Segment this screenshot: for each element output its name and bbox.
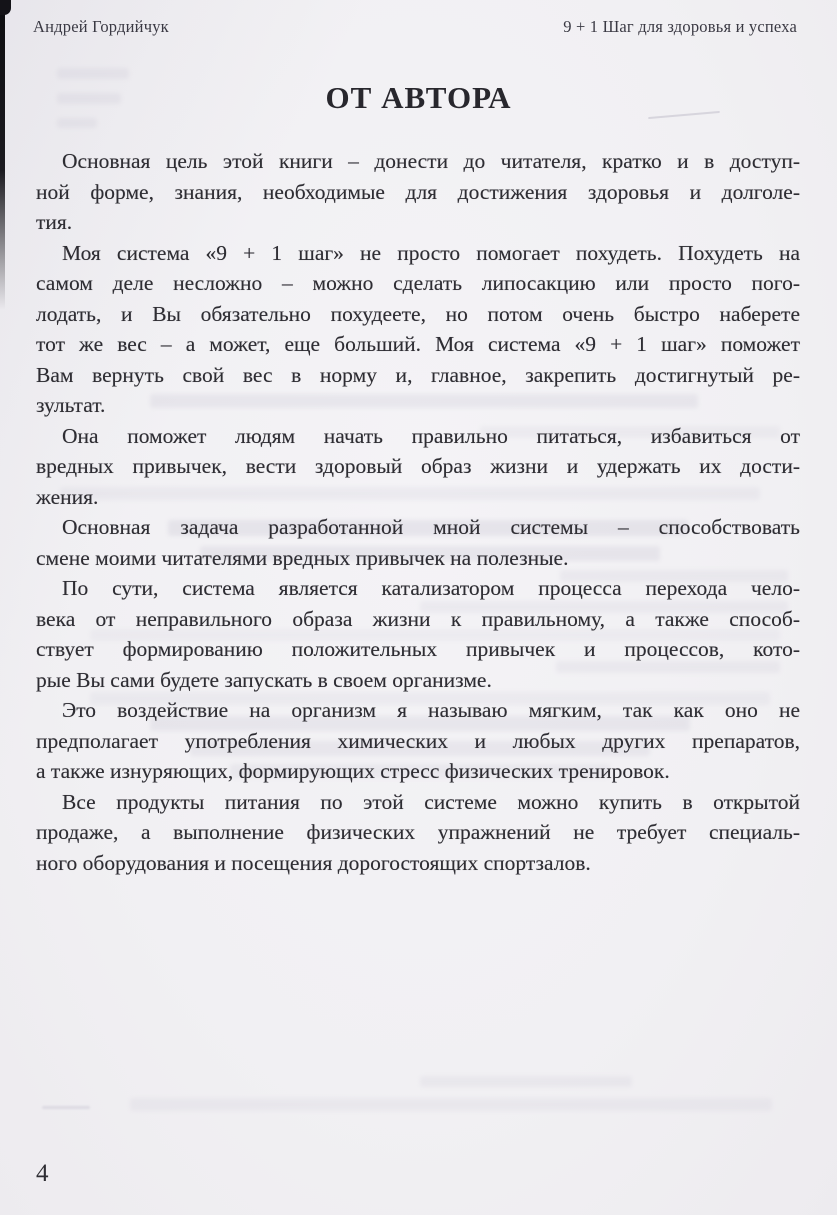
paragraph: Она поможет людям начать правильно питат… bbox=[36, 421, 800, 513]
ghost-showthrough bbox=[57, 68, 129, 79]
scan-edge-artifact bbox=[0, 0, 5, 310]
ghost-showthrough bbox=[420, 1076, 632, 1087]
paragraph: Основная цель этой книги – донести до чи… bbox=[36, 146, 800, 238]
running-header: Андрей Гордийчук 9 + 1 Шаг для здоровья … bbox=[33, 17, 797, 37]
body-text: Основная цель этой книги – донести до чи… bbox=[36, 146, 800, 878]
text-line: рые Вы сами будете запускать в своем орг… bbox=[36, 665, 800, 696]
text-line: Она поможет людям начать правильно питат… bbox=[36, 421, 800, 452]
text-line: Моя система «9 + 1 шаг» не просто помога… bbox=[36, 238, 800, 269]
ghost-showthrough bbox=[42, 1106, 90, 1109]
text-line: тот же вес – а может, еще больший. Моя с… bbox=[36, 329, 800, 360]
text-line: тия. bbox=[36, 207, 800, 238]
text-line: Основная цель этой книги – донести до чи… bbox=[36, 146, 800, 177]
text-line: зультат. bbox=[36, 390, 800, 421]
text-line: самом деле несложно – можно сделать липо… bbox=[36, 268, 800, 299]
chapter-title: ОТ АВТОРА bbox=[0, 80, 837, 116]
text-line: По сути, система является катализатором … bbox=[36, 573, 800, 604]
paragraph: По сути, система является катализатором … bbox=[36, 573, 800, 695]
text-line: смене моими читателями вредных привычек … bbox=[36, 543, 800, 574]
paragraph: Моя система «9 + 1 шаг» не просто помога… bbox=[36, 238, 800, 421]
ghost-showthrough bbox=[57, 118, 97, 128]
text-line: предполагает употребления химических и л… bbox=[36, 726, 800, 757]
text-line: ствует формированию положительных привыч… bbox=[36, 634, 800, 665]
running-header-author: Андрей Гордийчук bbox=[33, 17, 169, 37]
paragraph: Это воздействие на организм я называю мя… bbox=[36, 695, 800, 787]
text-line: Это воздействие на организм я называю мя… bbox=[36, 695, 800, 726]
text-line: вредных привычек, вести здоровый образ ж… bbox=[36, 451, 800, 482]
text-line: Вам вернуть свой вес в норму и, главное,… bbox=[36, 360, 800, 391]
book-page: Андрей Гордийчук 9 + 1 Шаг для здоровья … bbox=[0, 0, 837, 1215]
text-line: жения. bbox=[36, 482, 800, 513]
running-header-book-title: 9 + 1 Шаг для здоровья и успеха bbox=[563, 17, 797, 37]
paragraph: Основная задача разработанной мной систе… bbox=[36, 512, 800, 573]
paragraph: Все продукты питания по этой системе мож… bbox=[36, 787, 800, 879]
text-line: Основная задача разработанной мной систе… bbox=[36, 512, 800, 543]
page-number: 4 bbox=[36, 1160, 49, 1188]
ghost-showthrough bbox=[130, 1098, 772, 1111]
text-line: ной форме, знания, необходимые для дости… bbox=[36, 177, 800, 208]
text-line: продаже, а выполнение физических упражне… bbox=[36, 817, 800, 848]
text-line: а также изнуряющих, формирующих стресс ф… bbox=[36, 756, 800, 787]
scan-corner-artifact bbox=[0, 0, 11, 15]
text-line: ного оборудования и посещения дорогостоя… bbox=[36, 848, 800, 879]
text-line: Все продукты питания по этой системе мож… bbox=[36, 787, 800, 818]
text-line: века от неправильного образа жизни к пра… bbox=[36, 604, 800, 635]
text-line: лодать, и Вы обязательно похудеете, но п… bbox=[36, 299, 800, 330]
